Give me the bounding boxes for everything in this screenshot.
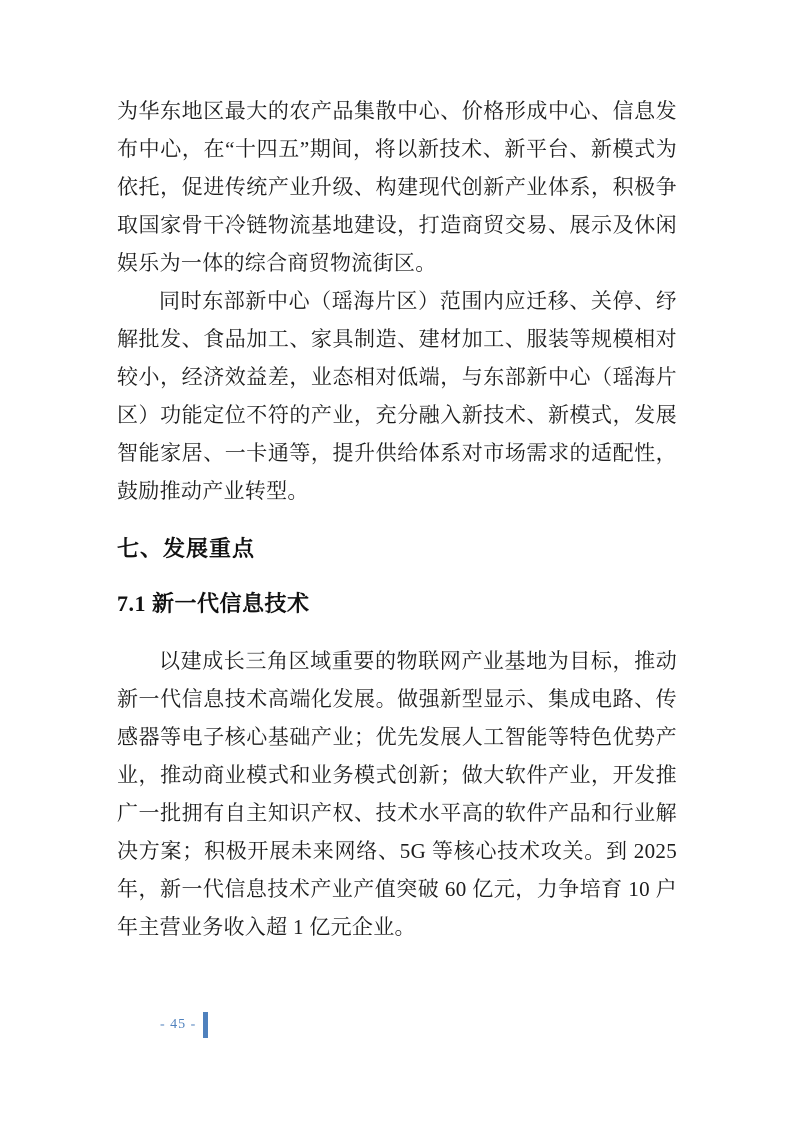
page-footer: - 45 -	[160, 1012, 208, 1038]
document-page: 为华东地区最大的农产品集散中心、价格形成中心、信息发布中心，在“十四五”期间，将…	[0, 0, 793, 1122]
paragraph-next-gen-it-goals: 以建成长三角区域重要的物联网产业基地为目标，推动新一代信息技术高端化发展。做强新…	[117, 642, 677, 946]
subsection-heading-next-gen-it: 7.1 新一代信息技术	[117, 585, 677, 623]
cursor-bar	[203, 1012, 208, 1038]
section-heading-development-priorities: 七、发展重点	[117, 530, 677, 568]
paragraph-commerce-logistics: 为华东地区最大的农产品集散中心、价格形成中心、信息发布中心，在“十四五”期间，将…	[117, 92, 677, 282]
page-number: - 45 -	[160, 1017, 196, 1033]
page-content: 为华东地区最大的农产品集散中心、价格形成中心、信息发布中心，在“十四五”期间，将…	[117, 92, 677, 946]
paragraph-industry-relocation: 同时东部新中心（瑶海片区）范围内应迁移、关停、纾解批发、食品加工、家具制造、建材…	[117, 282, 677, 510]
